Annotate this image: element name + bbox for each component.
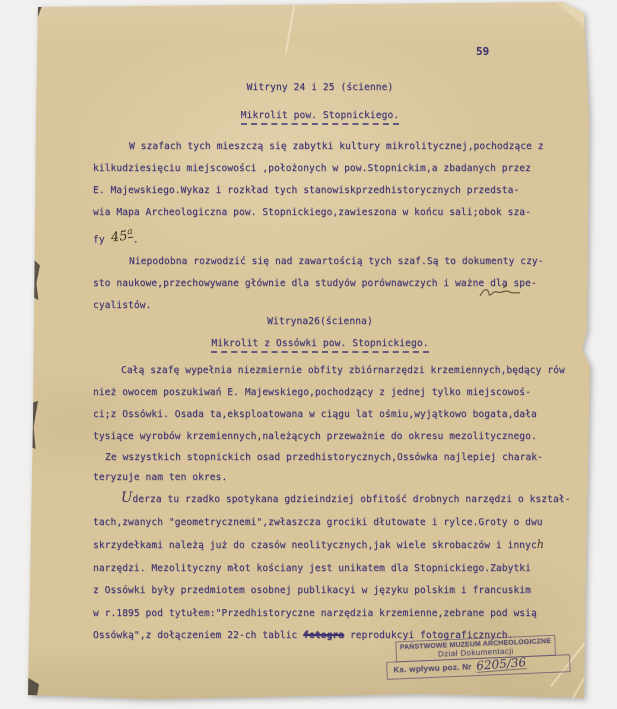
section1-paragraph1: W szafach tych mieszczą się zabytki kult… <box>93 136 547 251</box>
typed-line: narzędzi. Mezolityczny młot kościany jes… <box>93 558 547 581</box>
paper-tear-mark <box>30 401 38 449</box>
paper-sheet: 59 Witryny 24 i 25 (ścienne) Mikrolit po… <box>0 0 617 709</box>
typed-line: w r.1895 pod tytułem:"Przedhistoryczne n… <box>93 603 547 626</box>
typed-line: kilkudziesięciu miejscowości ,położonych… <box>93 158 547 180</box>
section1-subtitle-text: Mikrolit pow. Stopnickiego. <box>241 110 399 125</box>
typed-line: E. Majewskiego.Wykaz i rozkład tych stan… <box>93 180 547 202</box>
section1-title: Witryny 24 i 25 (ścienne) <box>93 82 547 93</box>
typed-line: W szafach tych mieszczą się zabytki kult… <box>93 136 547 158</box>
section2-subtitle-text: Mikrolit z Ossówki pow. Stopnickiego. <box>211 338 428 353</box>
handwritten-register-number: 6205/36 <box>476 657 527 673</box>
typed-line: teryzuje nam ten okres. <box>93 468 547 488</box>
paper-wrapper: 59 Witryny 24 i 25 (ścienne) Mikrolit po… <box>0 0 617 709</box>
typed-line: Ze wszystkich stopnickich osad przedhist… <box>93 448 547 468</box>
paper-corner-fold <box>556 2 586 28</box>
typed-fragment: skrzydełkami należą już do czasów neolit… <box>93 540 537 551</box>
typed-line: wia Mapa Archeologiczna pow. Stopnickieg… <box>93 202 547 224</box>
archive-stamp: PAŃSTWOWE MUZEUM ARCHEOLOGICZNE Dział Do… <box>385 634 570 680</box>
page-number: 59 <box>476 45 489 58</box>
typed-line: tysiące wyrobów krzemiennych,należących … <box>93 426 547 448</box>
paper-tear-mark <box>31 3 43 30</box>
struck-word: fotogra <box>303 630 344 641</box>
paper-crease <box>285 0 297 54</box>
section2-subtitle: Mikrolit z Ossówki pow. Stopnickiego. <box>93 338 547 353</box>
typed-line: Całą szafę wypełnia niezmiernie obfity z… <box>93 360 547 382</box>
stamp-register-label: Ks. wpływu poz. Nr <box>393 662 472 674</box>
handwritten-signature-mark <box>477 283 523 303</box>
section1-subtitle: Mikrolit pow. Stopnickiego. <box>93 110 547 125</box>
typed-line: z Ossówki były przedmiotem osobnej publi… <box>93 580 547 603</box>
section2-paragraph1: Całą szafę wypełnia niezmiernie obfity z… <box>93 360 547 448</box>
typed-fragment: derza tu rzadko spotykana gdzieindziej o… <box>133 494 571 505</box>
document-scan: 59 Witryny 24 i 25 (ścienne) Mikrolit po… <box>0 0 617 709</box>
paper-crease <box>570 651 601 702</box>
paper-tear-mark <box>32 258 40 300</box>
typed-fragment: fy <box>93 234 111 245</box>
typed-line: nież owocem poszukiwań E. Majewskiego,po… <box>93 382 547 404</box>
section2-paragraph2: Ze wszystkich stopnickich osad przedhist… <box>93 448 547 488</box>
typed-line: tach,zwanych "geometrycznemi",zwłaszcza … <box>93 512 547 535</box>
handwritten-shelf-number: 45a <box>109 221 134 250</box>
typed-line: Niepodobna rozwodzić się nad zawartością… <box>93 251 547 273</box>
section2-paragraph3: Uderza tu rzadko spotykana gdzieindziej … <box>93 487 547 648</box>
typed-line-with-handwriting: skrzydełkami należą już do czasów neolit… <box>93 534 547 558</box>
typed-line-with-handwriting: Uderza tu rzadko spotykana gdzieindziej … <box>93 487 547 512</box>
typed-line-with-handwriting: fy 45a. <box>93 224 547 251</box>
handwritten-initial: U <box>121 490 133 506</box>
paper-tear-mark <box>25 676 39 709</box>
section2-title: Witryna26(ścienna) <box>93 316 547 327</box>
typed-line: ci;z Ossówki. Osada ta,eksploatowana w c… <box>93 404 547 426</box>
handwritten-correction: h <box>537 538 544 551</box>
typed-fragment: Ossówką",z dołączeniem 22-ch tablic <box>93 630 303 641</box>
